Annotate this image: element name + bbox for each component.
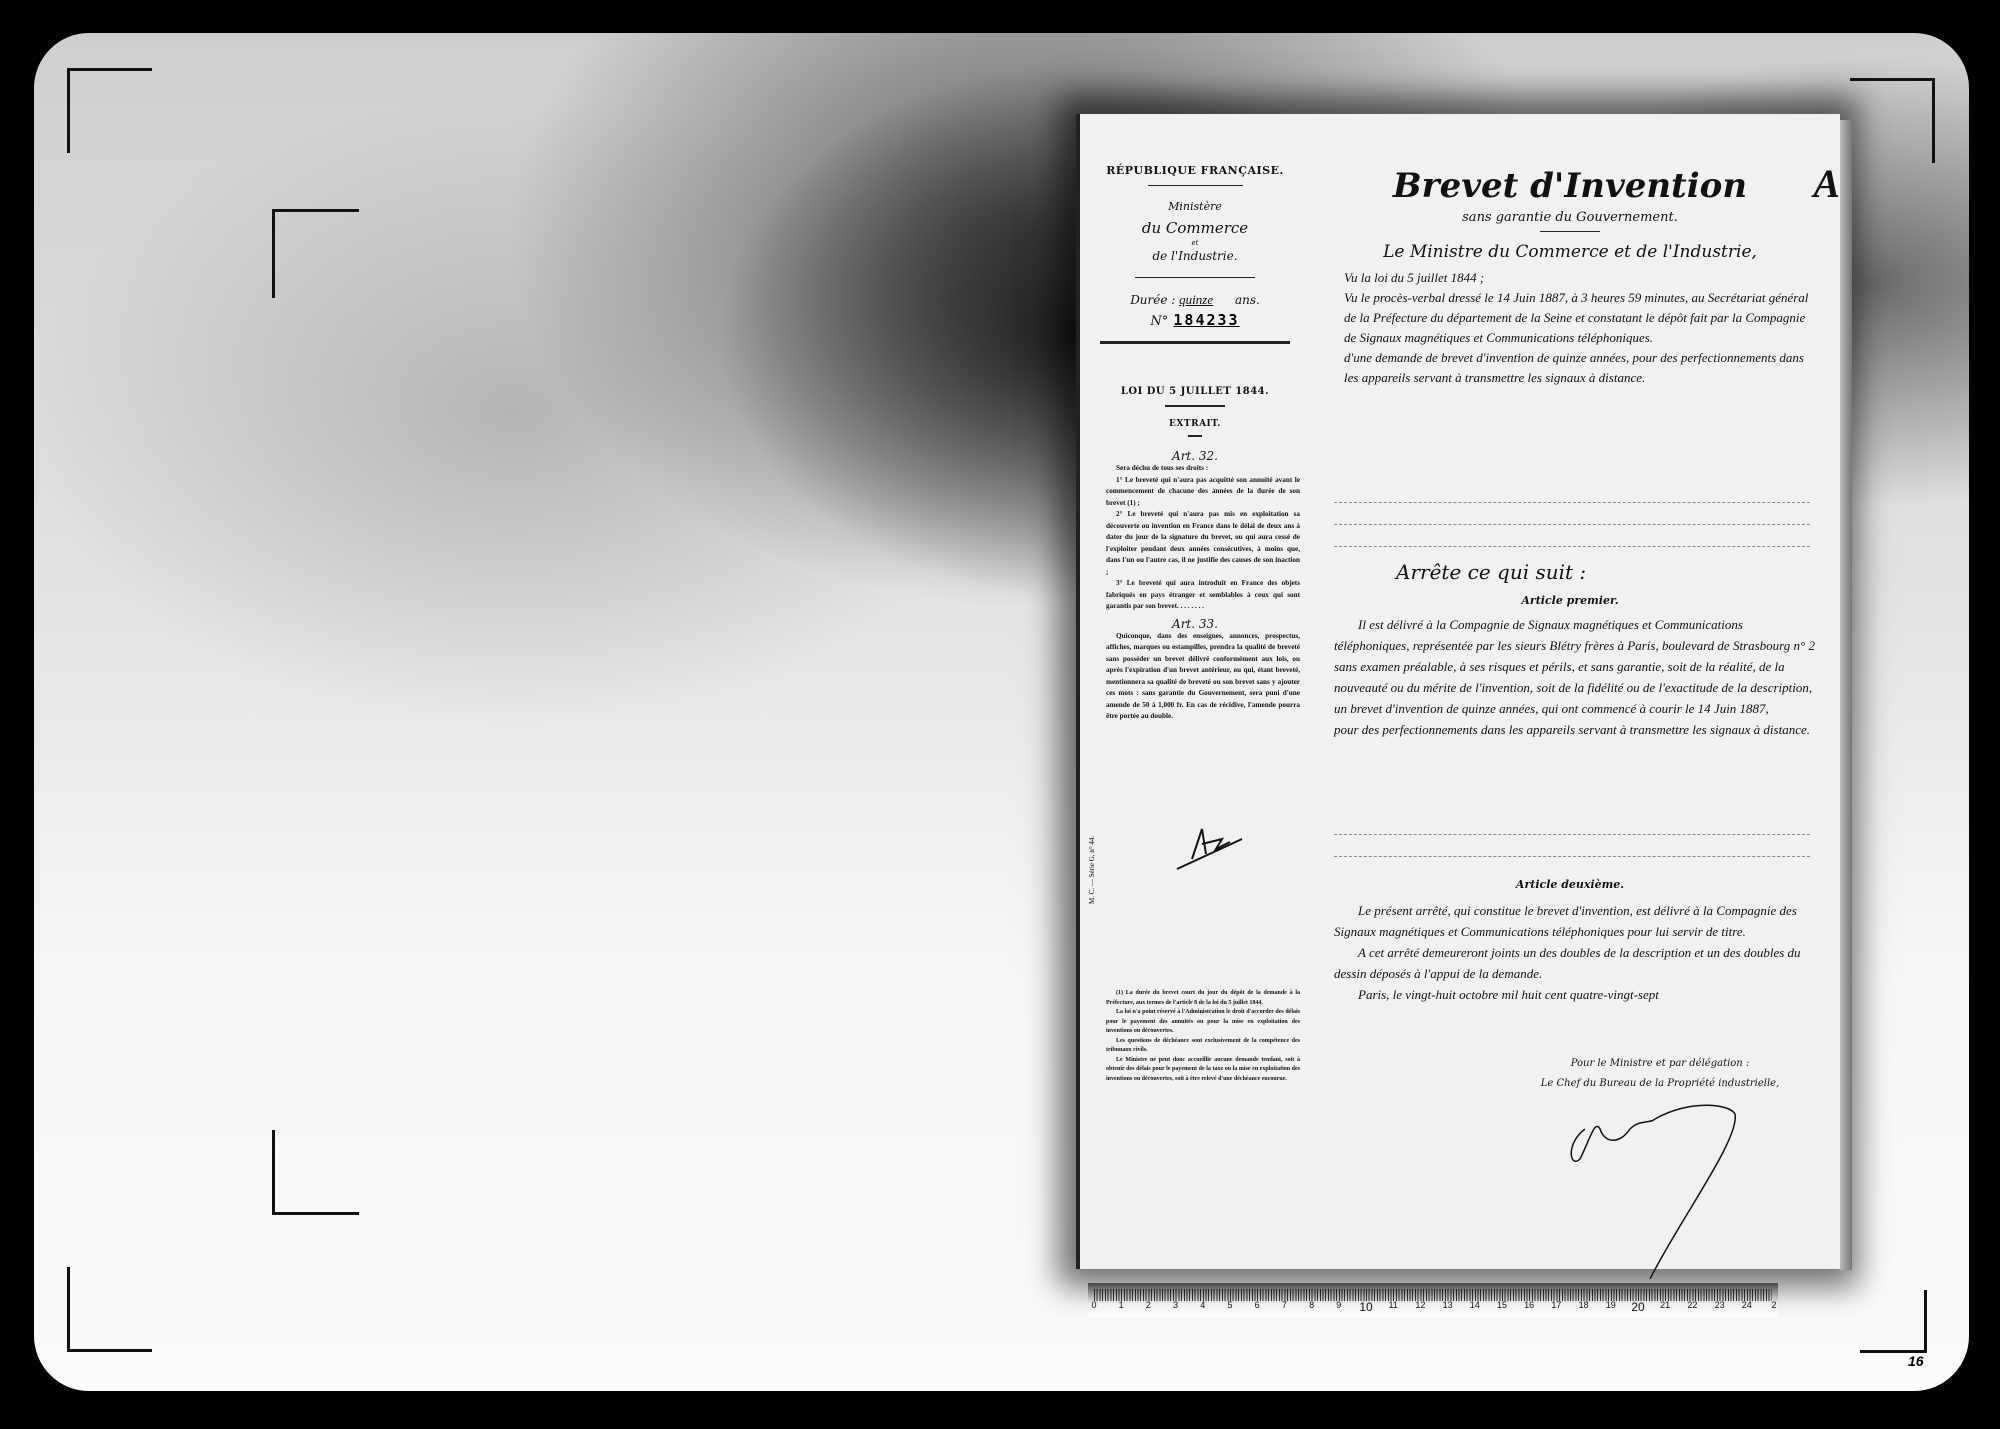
blank-line [1334,502,1810,503]
divider [1165,405,1225,407]
annotation-mark: A [1813,160,1840,207]
ruler-label: 19 [1606,1300,1616,1310]
ruler-label: 1 [1119,1300,1124,1310]
art2-text2: A cet arrêté demeureront joints un des d… [1334,942,1818,984]
divider [1100,341,1290,344]
art1-text3: pour des perfectionnements dans les appa… [1334,719,1818,740]
divider [1135,277,1255,278]
ruler-label: 12 [1415,1300,1425,1310]
ruler-label: 14 [1470,1300,1480,1310]
art2-text: Le présent arrêté, qui constitue le brev… [1334,900,1818,942]
duration-label: Durée : [1130,293,1175,307]
article-2-title: Article deuxième. [1310,878,1830,891]
minister-heading: Le Ministre du Commerce et de l'Industri… [1310,242,1830,262]
title-text: Brevet d'Invention [1393,166,1747,206]
ruler-label: 23 [1715,1300,1725,1310]
duration-value: quinze [1179,292,1213,307]
ruler-label: 5 [1227,1300,1232,1310]
ruler-label: 24 [1742,1300,1752,1310]
blank-line [1334,856,1810,857]
blank-line [1334,834,1810,835]
delegation-line: Pour le Ministre et par délégation : [1490,1058,1830,1069]
ruler-label: 4 [1200,1300,1205,1310]
art1-text2: sans examen préalable, à ses risques et … [1334,656,1818,719]
ruler-label: 2 [1146,1300,1151,1310]
arrete-heading: Arrête ce qui suit : [1396,560,1586,584]
footnote-4: Le Ministre ne peut donc accueillir aucu… [1106,1056,1300,1085]
ruler-label: 22 [1687,1300,1697,1310]
republic-heading: RÉPUBLIQUE FRANÇAISE. [1080,164,1310,177]
ruler-label: 2 [1771,1300,1776,1310]
patent-number: 184233 [1173,311,1239,329]
number-row: N° 184233 [1080,310,1310,329]
footnote-1: (1) La durée du brevet court du jour du … [1106,989,1300,1008]
ruler-label: 18 [1579,1300,1589,1310]
ministry-line2: du Commerce [1080,219,1310,237]
art32-intro: Sera déchu de tous ses droits : [1106,463,1300,475]
ministry-line1: Ministère [1080,200,1310,213]
art33-title: Art. 33. [1080,617,1310,631]
art32-p2: 2° Le breveté qui n'aura pas mis en expl… [1106,509,1300,578]
ruler-label: 11 [1389,1300,1398,1310]
ruler-label: 9 [1336,1300,1341,1310]
footnotes: (1) La durée du brevet court du jour du … [1080,989,1310,1084]
initials-signature [1172,824,1252,874]
art33-text: Quiconque, dans des enseignes, annonces,… [1106,631,1300,723]
ruler-label: 8 [1309,1300,1314,1310]
crop-mark-top-right [1850,78,1935,163]
ruler-label: 0 [1091,1300,1096,1310]
series-mark: M. C. — Série G, n° 44. [1088,836,1096,904]
blank-line [1334,524,1810,525]
vu-loi: Vu la loi du 5 juillet 1844 ; [1344,268,1820,288]
duration-row: Durée : quinze ans. [1080,292,1310,308]
article-1-body: Il est délivré à la Compagnie de Signaux… [1334,614,1818,740]
article-2-body: Le présent arrêté, qui constitue le brev… [1334,900,1818,1005]
divider [1148,185,1243,186]
ruler-label: 7 [1282,1300,1287,1310]
art1-text: Il est délivré à la Compagnie de Signaux… [1334,614,1818,656]
ruler-label: 20 [1631,1300,1644,1314]
ruler-label: 21 [1660,1300,1670,1310]
extract-heading: EXTRAIT. [1080,419,1310,429]
ministry-line3: et [1080,239,1310,247]
art32-p3: 3° Le breveté qui aura introduit en Fran… [1106,578,1300,613]
patent-document: RÉPUBLIQUE FRANÇAISE. Ministère du Comme… [1076,114,1840,1269]
ministry-line4: de l'Industrie. [1080,249,1310,263]
ruler-label: 10 [1359,1300,1372,1314]
number-label: N° [1150,314,1168,329]
page-edge [1840,120,1852,1270]
preamble: Vu la loi du 5 juillet 1844 ; Vu le proc… [1344,268,1820,388]
law-title: LOI DU 5 JUILLET 1844. [1080,386,1310,397]
official-signature [1560,1099,1800,1279]
frame-number: 16 [1908,1353,1924,1369]
right-column: Brevet d'Invention A sans garantie du Go… [1310,114,1830,388]
measurement-ruler: 0123456789101112131415161718192021222324… [1088,1283,1778,1317]
divider [1540,231,1600,232]
art32-p1: 1° Le breveté qui n'aura pas acquitté so… [1106,475,1300,510]
ruler-label: 13 [1443,1300,1453,1310]
chief-title: Le Chef du Bureau de la Propriété indust… [1490,1078,1830,1089]
footnote-2: La loi n'a point réservé à l'Administrat… [1106,1008,1300,1037]
art32-title: Art. 32. [1080,449,1310,463]
crop-mark-top-left-inner [272,209,359,298]
ruler-labels: 0123456789101112131415161718192021222324… [1088,1300,1778,1314]
demande: d'une demande de brevet d'invention de q… [1344,348,1820,388]
ruler-label: 3 [1173,1300,1178,1310]
crop-mark-bottom-right [1860,1290,1927,1353]
ruler-label: 6 [1255,1300,1260,1310]
duration-unit: ans. [1235,293,1260,307]
article-1-title: Article premier. [1310,594,1830,607]
ruler-label: 15 [1497,1300,1507,1310]
art33-body: Quiconque, dans des enseignes, annonces,… [1080,631,1310,723]
divider [1188,435,1202,437]
crop-mark-bottom-left-inner [272,1130,359,1215]
left-column: RÉPUBLIQUE FRANÇAISE. Ministère du Comme… [1080,114,1310,723]
ruler-label: 17 [1551,1300,1561,1310]
crop-mark-top-left-outer [67,68,152,153]
blank-line [1334,546,1810,547]
ruler-label: 16 [1524,1300,1534,1310]
art32-body: Sera déchu de tous ses droits : 1° Le br… [1080,463,1310,613]
document-subtitle: sans garantie du Gouvernement. [1310,210,1830,225]
document-title: Brevet d'Invention A [1310,166,1830,206]
footnote-3: Les questions de déchéance sont exclusiv… [1106,1037,1300,1056]
date-line: Paris, le vingt-huit octobre mil huit ce… [1334,984,1818,1005]
crop-mark-bottom-left-outer [67,1267,152,1352]
vu-proces: Vu le procès-verbal dressé le 14 Juin 18… [1344,288,1820,348]
